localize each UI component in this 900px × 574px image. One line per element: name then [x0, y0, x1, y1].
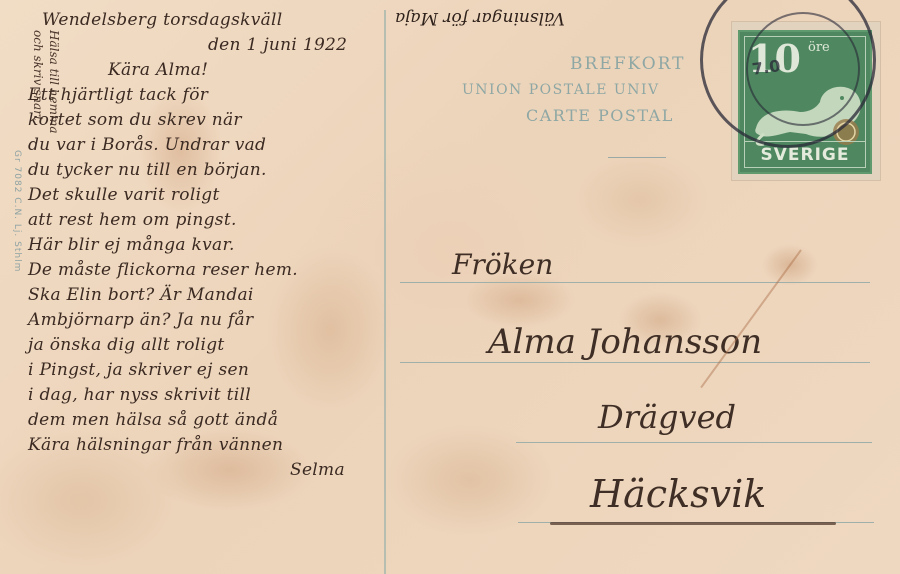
town-underline — [550, 522, 836, 525]
printer-code: Gr 7082 C.N. Lj. Sthlm — [12, 150, 22, 272]
address-town: Häcksvik — [590, 472, 766, 516]
message-line: du var i Borås. Undrar vad — [28, 133, 388, 158]
message-line: Ett hjärtligt tack för — [28, 83, 388, 108]
stain-streak — [700, 249, 802, 388]
address-salutation: Fröken — [452, 248, 553, 281]
message-heading: Wendelsberg torsdagskväll — [28, 8, 388, 33]
message-date: den 1 juni 1922 — [28, 33, 388, 58]
message-greeting: Kära Alma! — [28, 58, 388, 83]
message-line: Det skulle varit roligt — [28, 183, 388, 208]
postmark-date: 7.0 — [751, 56, 782, 79]
message-line: kortet som du skrev när — [28, 108, 388, 133]
message-line: Kära hälsningar från vännen — [28, 433, 388, 458]
header-rule — [608, 157, 666, 158]
message-line: du tycker nu till en början. — [28, 158, 388, 183]
handwritten-message: Wendelsberg torsdagskväll den 1 juni 192… — [28, 8, 388, 483]
message-line: Ska Elin bort? Är Mandai — [28, 283, 388, 308]
margin-note-line: Hälsa till hemma — [46, 30, 62, 240]
margin-note-line: och skriv snart — [30, 30, 46, 240]
message-line: i Pingst, ja skriver ej sen — [28, 358, 388, 383]
message-signature: Selma — [28, 458, 388, 483]
postcard: Välsningar för Maja Wendelsberg torsdags… — [0, 0, 900, 574]
margin-note: Hälsa till hemma och skriv snart — [30, 30, 62, 240]
message-line: ja önska dig allt roligt — [28, 333, 388, 358]
address-line — [516, 442, 872, 443]
message-line: Ambjörnarp än? Ja nu får — [28, 308, 388, 333]
message-line: att rest hem om pingst. — [28, 208, 388, 233]
address-line — [400, 362, 870, 363]
address-line — [400, 282, 870, 283]
message-line: De måste flickorna reser hem. — [28, 258, 388, 283]
message-line: dem men hälsa så gott ändå — [28, 408, 388, 433]
address-place: Drägved — [598, 398, 736, 436]
upside-down-handwritten-note: Välsningar för Maja — [395, 8, 565, 28]
message-line: i dag, har nyss skrivit till — [28, 383, 388, 408]
message-line: Här blir ej många kvar. — [28, 233, 388, 258]
